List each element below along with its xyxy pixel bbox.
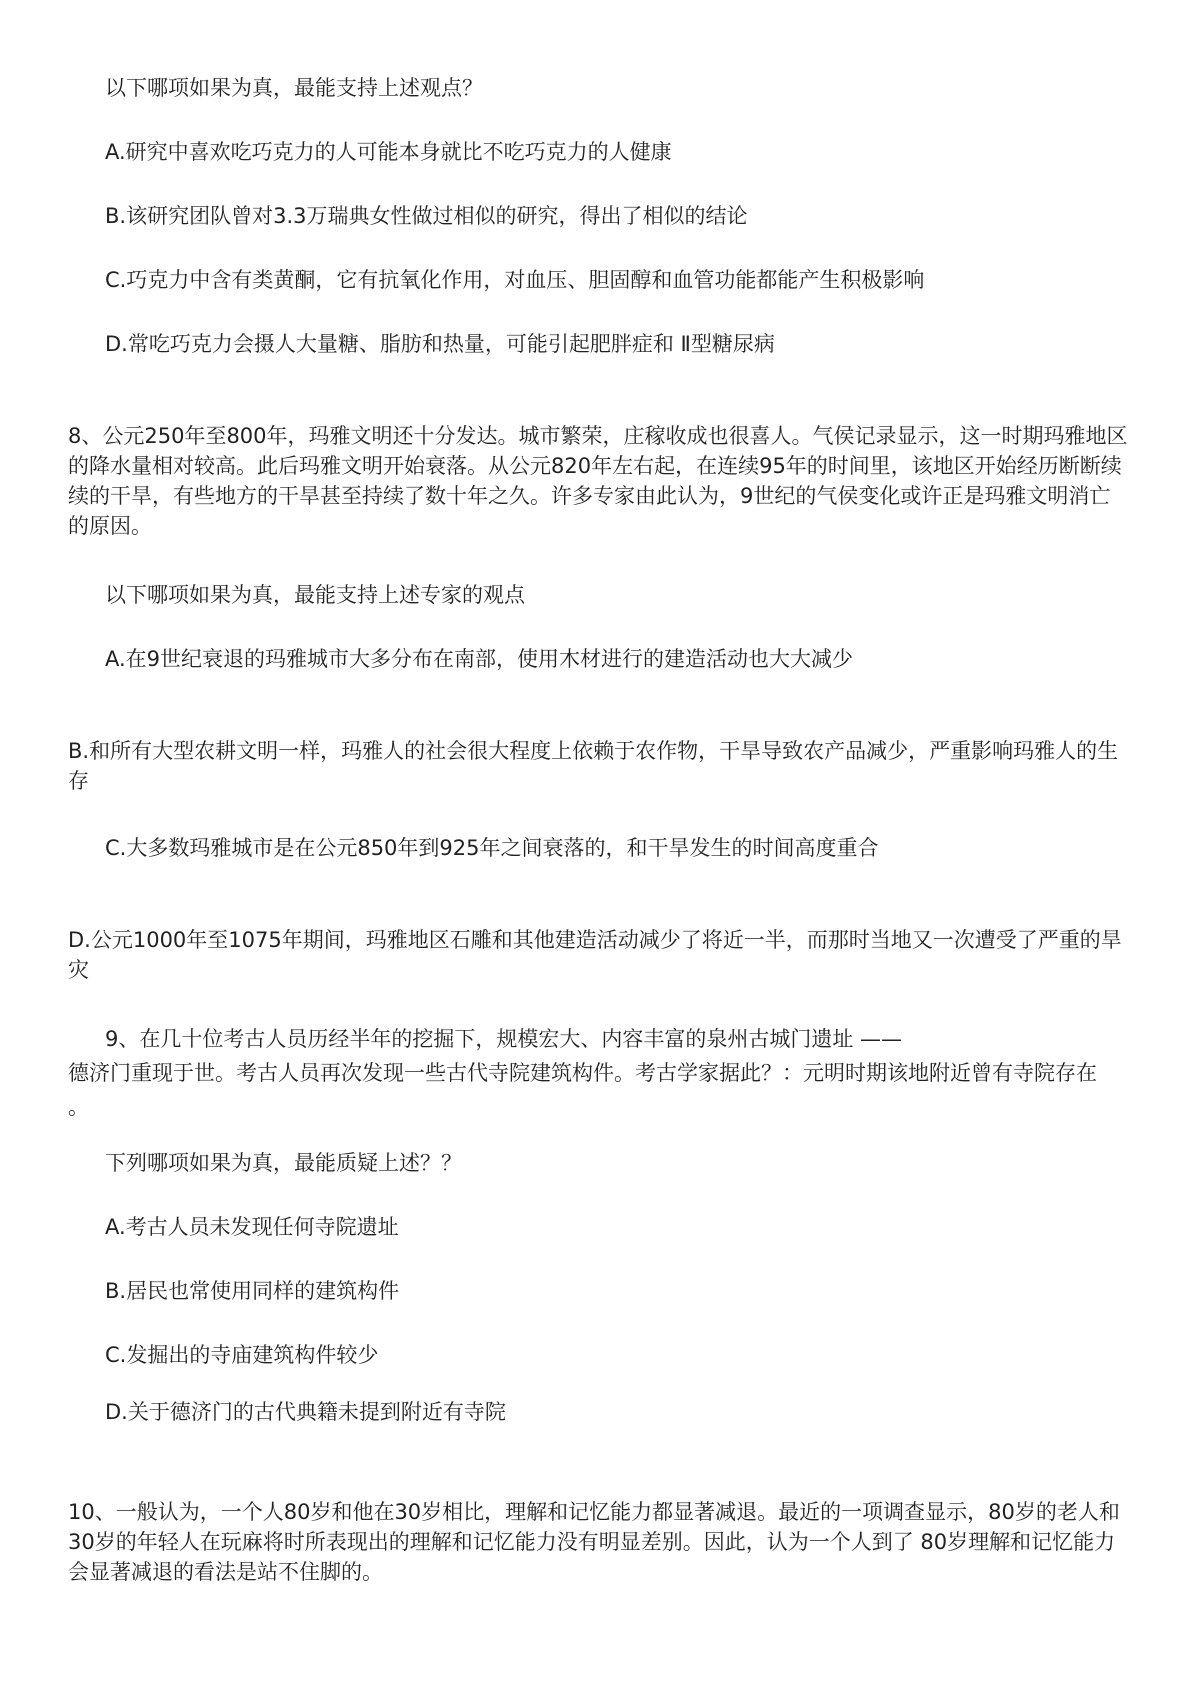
option-b: B.该研究团队曾对3.3万瑞典女性做过相似的研究，得出了相似的结论 xyxy=(68,201,1130,231)
option-b: B.和所有大型农耕文明一样，玛雅人的社会很大程度上依赖于农作物，干旱导致农产品减… xyxy=(68,736,1130,796)
stem-line: 德济门重现于世。考古人员再次发现一些古代寺院建筑构件。考古学家据此？：元明时期该… xyxy=(68,1056,1130,1090)
question-prompt: 以下哪项如果为真，最能支持上述观点？ xyxy=(68,73,1130,103)
stem-line: 9、在几十位考古人员历经半年的挖掘下，规模宏大、内容丰富的泉州古城门遗址 —— xyxy=(68,1022,1130,1056)
option-d: D.公元1000年至1075年期间，玛雅地区石雕和其他建造活动减少了将近一半，而… xyxy=(68,925,1130,985)
question-stem: 9、在几十位考古人员历经半年的挖掘下，规模宏大、内容丰富的泉州古城门遗址 —— … xyxy=(68,1022,1130,1124)
option-a: A.研究中喜欢吃巧克力的人可能本身就比不吃巧克力的人健康 xyxy=(68,137,1130,167)
option-a: A.考古人员未发现任何寺院遗址 xyxy=(68,1212,1130,1242)
option-b: B.居民也常使用同样的建筑构件 xyxy=(68,1276,1130,1306)
stem-line: 。 xyxy=(68,1090,1130,1124)
question-stem: 10、一般认为，一个人80岁和他在30岁相比，理解和记忆能力都显著减退。最近的一… xyxy=(68,1497,1130,1587)
document-page: 以下哪项如果为真，最能支持上述观点？ A.研究中喜欢吃巧克力的人可能本身就比不吃… xyxy=(0,0,1199,1696)
option-c: C.发掘出的寺庙建筑构件较少 xyxy=(68,1340,1130,1370)
option-c: C.巧克力中含有类黄酮，它有抗氧化作用，对血压、胆固醇和血管功能都能产生积极影响 xyxy=(68,265,1130,295)
question-prompt: 下列哪项如果为真，最能质疑上述？？ xyxy=(68,1148,1130,1178)
question-stem: 8、公元250年至800年，玛雅文明还十分发达。城市繁荣，庄稼收成也很喜人。气侯… xyxy=(68,421,1130,541)
question-9-block: 9、在几十位考古人员历经半年的挖掘下，规模宏大、内容丰富的泉州古城门遗址 —— … xyxy=(68,1022,1130,1427)
option-c: C.大多数玛雅城市是在公元850年到925年之间衰落的，和干旱发生的时间高度重合 xyxy=(68,833,1130,863)
question-10-block: 10、一般认为，一个人80岁和他在30岁相比，理解和记忆能力都显著减退。最近的一… xyxy=(68,1497,1130,1587)
option-d: D.常吃巧克力会摄人大量糖、脂肪和热量，可能引起肥胖症和 Ⅱ型糖尿病 xyxy=(68,329,1130,359)
question-8-block: 8、公元250年至800年，玛雅文明还十分发达。城市繁荣，庄稼收成也很喜人。气侯… xyxy=(68,421,1130,985)
question-prompt: 以下哪项如果为真，最能支持上述专家的观点 xyxy=(68,580,1130,610)
question-7-options-block: 以下哪项如果为真，最能支持上述观点？ A.研究中喜欢吃巧克力的人可能本身就比不吃… xyxy=(68,73,1130,359)
option-d: D.关于德济门的古代典籍未提到附近有寺院 xyxy=(68,1397,1130,1427)
option-a: A.在9世纪衰退的玛雅城市大多分布在南部，使用木材进行的建造活动也大大减少 xyxy=(68,644,1130,674)
